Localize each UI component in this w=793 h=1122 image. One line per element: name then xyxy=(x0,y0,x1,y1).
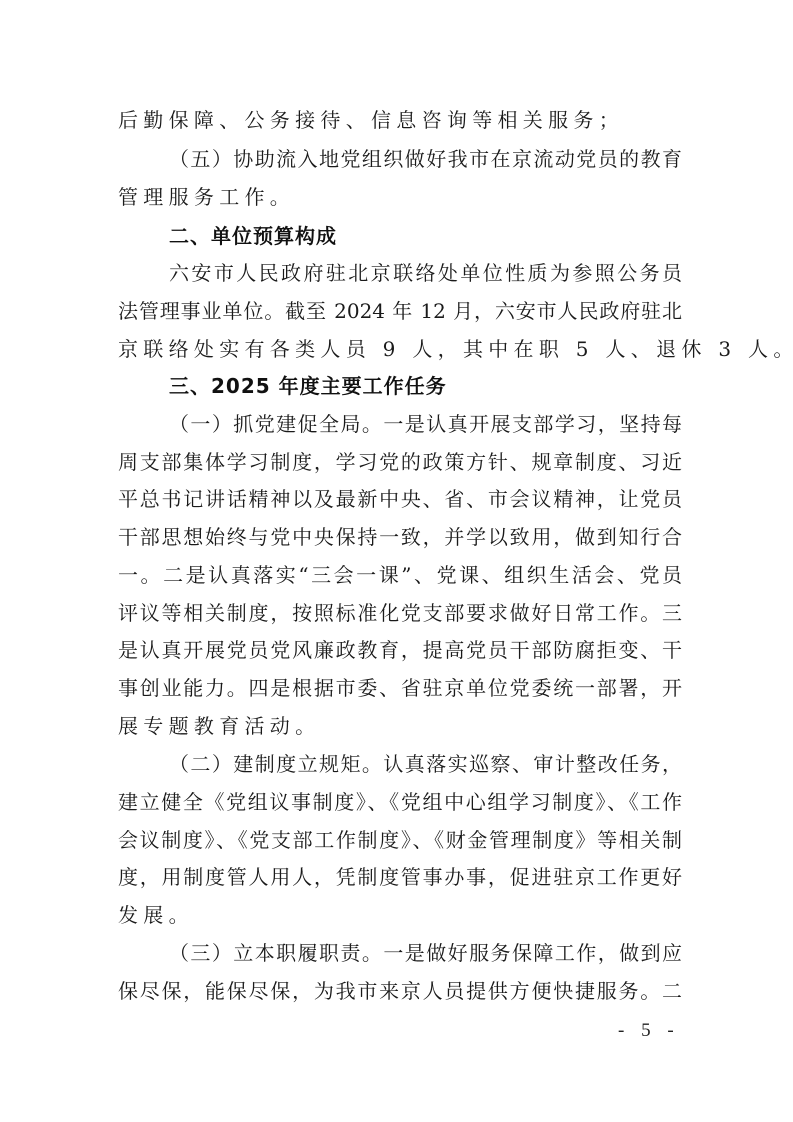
text-line: 京联络处实有各类人员 9 人，其中在职 5 人、退休 3 人。 xyxy=(118,334,682,364)
document-page: 后勤保障、公务接待、信息咨询等相关服务；（五）协助流入地党组织做好我市在京流动党… xyxy=(0,0,793,1122)
text-line: （二）建制度立规矩。认真落实巡察、审计整改任务， xyxy=(118,749,682,779)
section-heading: 三、2025 年度主要工作任务 xyxy=(118,371,682,401)
text-line: 评议等相关制度，按照标准化党支部要求做好日常工作。三 xyxy=(118,598,682,628)
text-line: 会议制度》、《党支部工作制度》、《财金管理制度》等相关制 xyxy=(118,825,682,855)
text-line: 一。二是认真落实“三会一课”、党课、组织生活会、党员 xyxy=(118,560,682,590)
text-line: 周支部集体学习制度，学习党的政策方针、规章制度、习近 xyxy=(118,447,682,477)
text-line: 平总书记讲话精神以及最新中央、省、市会议精神，让党员 xyxy=(118,484,682,514)
text-line: 事创业能力。四是根据市委、省驻京单位党委统一部署，开 xyxy=(118,673,682,703)
text-line: （三）立本职履职责。一是做好服务保障工作，做到应 xyxy=(118,938,682,968)
text-line: 保尽保，能保尽保，为我市来京人员提供方便快捷服务。二 xyxy=(118,976,682,1006)
text-line: 管理服务工作。 xyxy=(118,182,682,212)
section-heading: 二、单位预算构成 xyxy=(118,221,682,251)
text-line: 度，用制度管人用人，凭制度管事办事，促进驻京工作更好 xyxy=(118,862,682,892)
text-line: （一）抓党建促全局。一是认真开展支部学习，坚持每 xyxy=(118,409,682,439)
text-line: 法管理事业单位。截至 2024 年 12 月，六安市人民政府驻北 xyxy=(118,296,682,326)
text-line: 干部思想始终与党中央保持一致，并学以致用，做到知行合 xyxy=(118,522,682,552)
text-line: 是认真开展党员党风廉政教育，提高党员干部防腐拒变、干 xyxy=(118,635,682,665)
text-line: 六安市人民政府驻北京联络处单位性质为参照公务员 xyxy=(118,258,682,288)
text-line: （五）协助流入地党组织做好我市在京流动党员的教育 xyxy=(118,144,682,174)
page-number: - 5 - xyxy=(618,1020,680,1042)
text-line: 发展。 xyxy=(118,900,682,930)
text-line: 后勤保障、公务接待、信息咨询等相关服务； xyxy=(118,105,682,135)
text-line: 建立健全《党组议事制度》、《党组中心组学习制度》、《工作 xyxy=(118,787,682,817)
text-line: 展专题教育活动。 xyxy=(118,711,682,741)
